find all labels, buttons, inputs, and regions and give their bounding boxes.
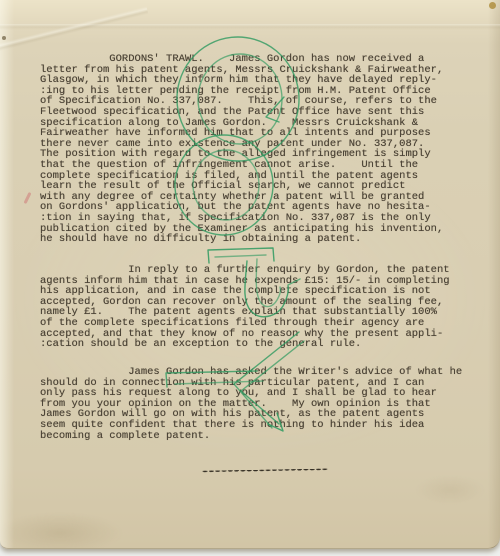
typewritten-paragraph-1: GORDONS' TRAWL. James Gordon has now rec…	[40, 54, 443, 245]
scanned-letter-photo: GORDONS' TRAWL. James Gordon has now rec…	[0, 0, 500, 556]
paper-stain	[489, 2, 496, 9]
typed-separator-line: --------------------	[202, 465, 328, 478]
typewritten-paragraph-2: In reply to a further enquiry by Gordon,…	[40, 265, 450, 350]
typewritten-paragraph-3: James Gordon has asked the Writer's advi…	[40, 367, 462, 441]
paper-speck	[2, 36, 6, 40]
